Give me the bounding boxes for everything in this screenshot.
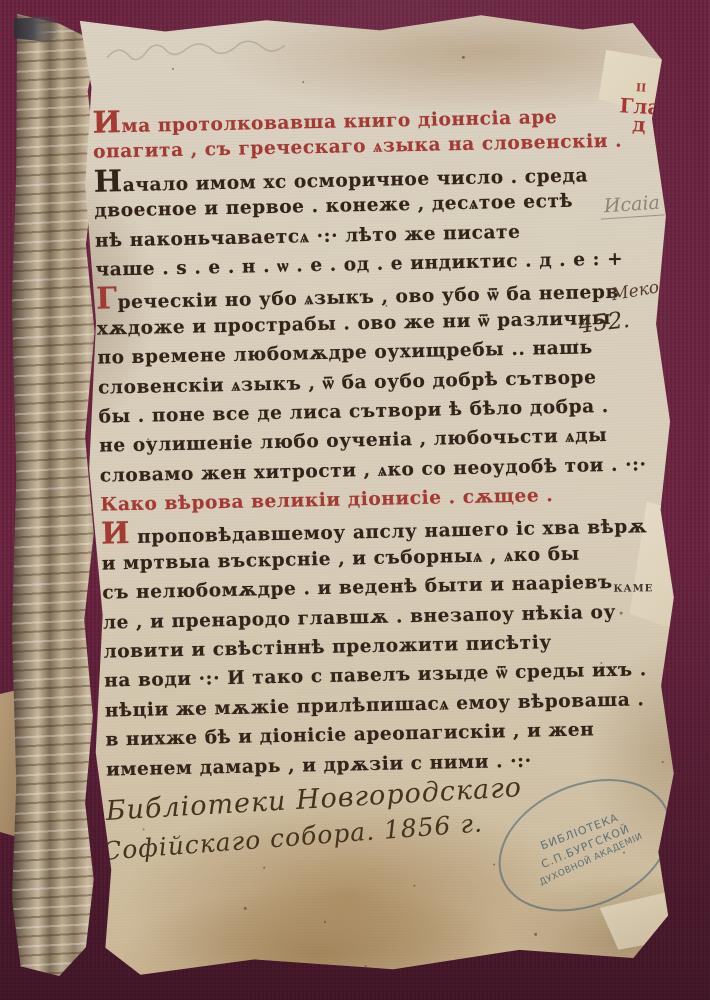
parchment-speck — [263, 867, 265, 869]
parchment-speck — [365, 965, 367, 967]
parchment-speck — [623, 852, 625, 854]
manuscript-text-block: Има протолковавша книго діоннсіа ареопаг… — [92, 99, 592, 785]
owner-inscription: Библіотеки Новгородскаго Софійскаго собо… — [105, 772, 525, 862]
parchment-speck — [302, 81, 304, 83]
faded-scribble — [102, 30, 323, 73]
cursive-margin-note: Мековы — [610, 273, 684, 305]
parchment-speck — [493, 863, 495, 865]
pencil-margin-note: Исаіа — [599, 191, 664, 219]
parchment-speck — [244, 907, 247, 910]
parchment-speck — [385, 305, 387, 307]
edge-margin-note: КАМЕ — [613, 583, 653, 595]
binding-remnant — [14, 16, 60, 42]
parchment-speck — [534, 933, 537, 936]
photo-of-manuscript: Има протолковавша книго діоннсіа ареопаг… — [0, 0, 710, 1000]
parchment-speck — [600, 662, 602, 664]
book-spine-ragged-edge — [12, 14, 98, 976]
enlarged-initial: Г — [96, 282, 118, 317]
enlarged-initial: Н — [93, 164, 123, 200]
parchment-speck — [620, 612, 623, 615]
chapter-mark-subscript: д — [632, 112, 647, 137]
parchment-speck — [462, 56, 465, 59]
parchment-speck — [147, 438, 149, 440]
parchment-speck — [143, 828, 145, 830]
red-chapter-mark: ІІ Гла д — [618, 78, 662, 134]
parchment-speck — [413, 885, 415, 887]
enlarged-initial: И — [101, 516, 131, 552]
parchment-speck — [172, 68, 174, 70]
parchment-speck — [324, 921, 326, 923]
enlarged-initial: И — [92, 105, 122, 141]
parchment-speck — [576, 342, 578, 344]
parchment-page: Има протолковавша книго діоннсіа ареопаг… — [51, 1, 697, 988]
shelfmark-number-note: 452. — [577, 307, 631, 339]
parchment-speck — [662, 761, 664, 763]
